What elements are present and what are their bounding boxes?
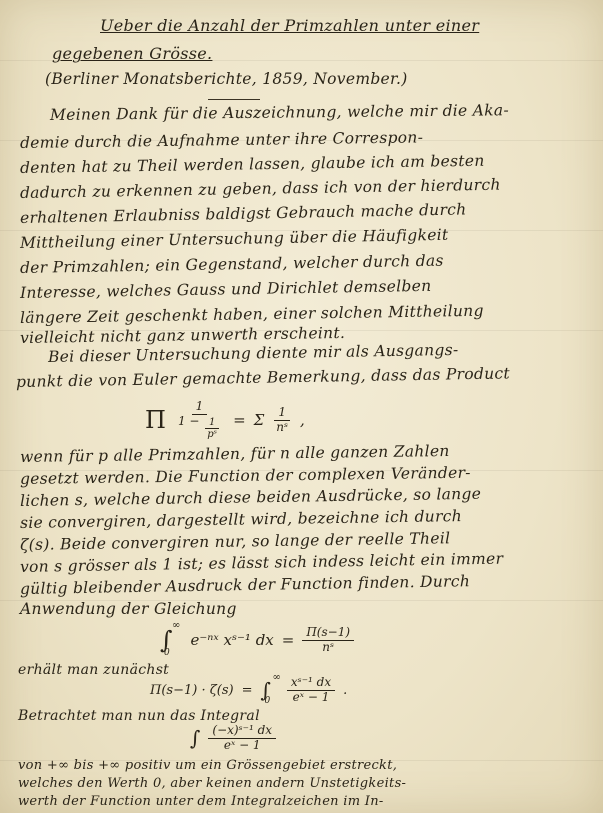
para3-line: gültig bleibender Ausdruck der Function … xyxy=(20,572,470,598)
text-line: Betrachtet man nun das Integral xyxy=(18,708,260,724)
para1-line: Interesse, welches Gauss und Dirichlet d… xyxy=(20,277,432,302)
para1-line: dadurch zu erkennen zu geben, dass ich v… xyxy=(20,176,501,202)
para1-line: Meinen Dank für die Auszeichnung, welche… xyxy=(50,101,509,124)
para3-line: wenn für p alle Primzahlen, für n alle g… xyxy=(20,442,450,466)
para1-line: denten hat zu Theil werden lassen, glaub… xyxy=(20,152,485,177)
para3-line: sie convergiren, dargestellt wird, bezei… xyxy=(20,507,462,532)
source-note: (Berliner Monatsberichte, 1859, November… xyxy=(45,70,408,88)
para4-line: von +∞ bis +∞ positiv um ein Grössengebi… xyxy=(18,758,397,773)
para1-line: demie durch die Aufnahme unter ihre Corr… xyxy=(20,128,423,152)
gamma-integral-formula: ∫∞0 e⁻ⁿˣ xˢ⁻¹ dx = Π(s−1) nˢ xyxy=(160,626,354,655)
contour-integral-formula: ∫ (−x)ˢ⁻¹ dx eˣ − 1 xyxy=(190,724,276,753)
para1-line: der Primzahlen; ein Gegenstand, welcher … xyxy=(20,252,444,277)
para1-line: längere Zeit geschenkt haben, einer solc… xyxy=(20,302,484,327)
para3-line: gesetzt werden. Die Function der complex… xyxy=(20,464,471,488)
integral-sign: ∫∞0 xyxy=(160,626,173,654)
title-separator xyxy=(208,99,260,100)
manuscript-page: Ueber die Anzahl der Primzahlen unter ei… xyxy=(0,0,603,813)
zeta-integral-formula: Π(s−1) · ζ(s) = ∫∞0 xˢ⁻¹ dx eˣ − 1 . xyxy=(150,676,347,705)
para4-line: welches den Werth 0, aber keinen andern … xyxy=(18,776,406,791)
text-line: erhält man zunächst xyxy=(18,662,169,678)
euler-product-formula: Π 1 1 − 1 pˢ = Σ 1 nˢ , xyxy=(145,400,305,441)
title-line-1: Ueber die Anzahl der Primzahlen unter ei… xyxy=(100,16,479,35)
product-symbol: Π xyxy=(145,406,166,434)
para3-line: lichen s, welche durch diese beiden Ausd… xyxy=(20,485,481,510)
para1-line: erhaltenen Erlaubniss baldigst Gebrauch … xyxy=(20,200,467,227)
title-line-2: gegebenen Grösse. xyxy=(52,44,212,63)
para4-line: werth der Function unter dem Integralzei… xyxy=(18,794,384,809)
para2-line: punkt die von Euler gemachte Bemerkung, … xyxy=(16,364,510,391)
euler-fraction: 1 1 − 1 pˢ xyxy=(174,400,225,441)
lower-section: erhält man zunächst Π(s−1) · ζ(s) = ∫∞0 … xyxy=(0,662,603,813)
para3-line: Anwendung der Gleichung xyxy=(20,600,237,618)
para3-line: ζ(s). Beide convergiren nur, so lange de… xyxy=(20,529,451,554)
